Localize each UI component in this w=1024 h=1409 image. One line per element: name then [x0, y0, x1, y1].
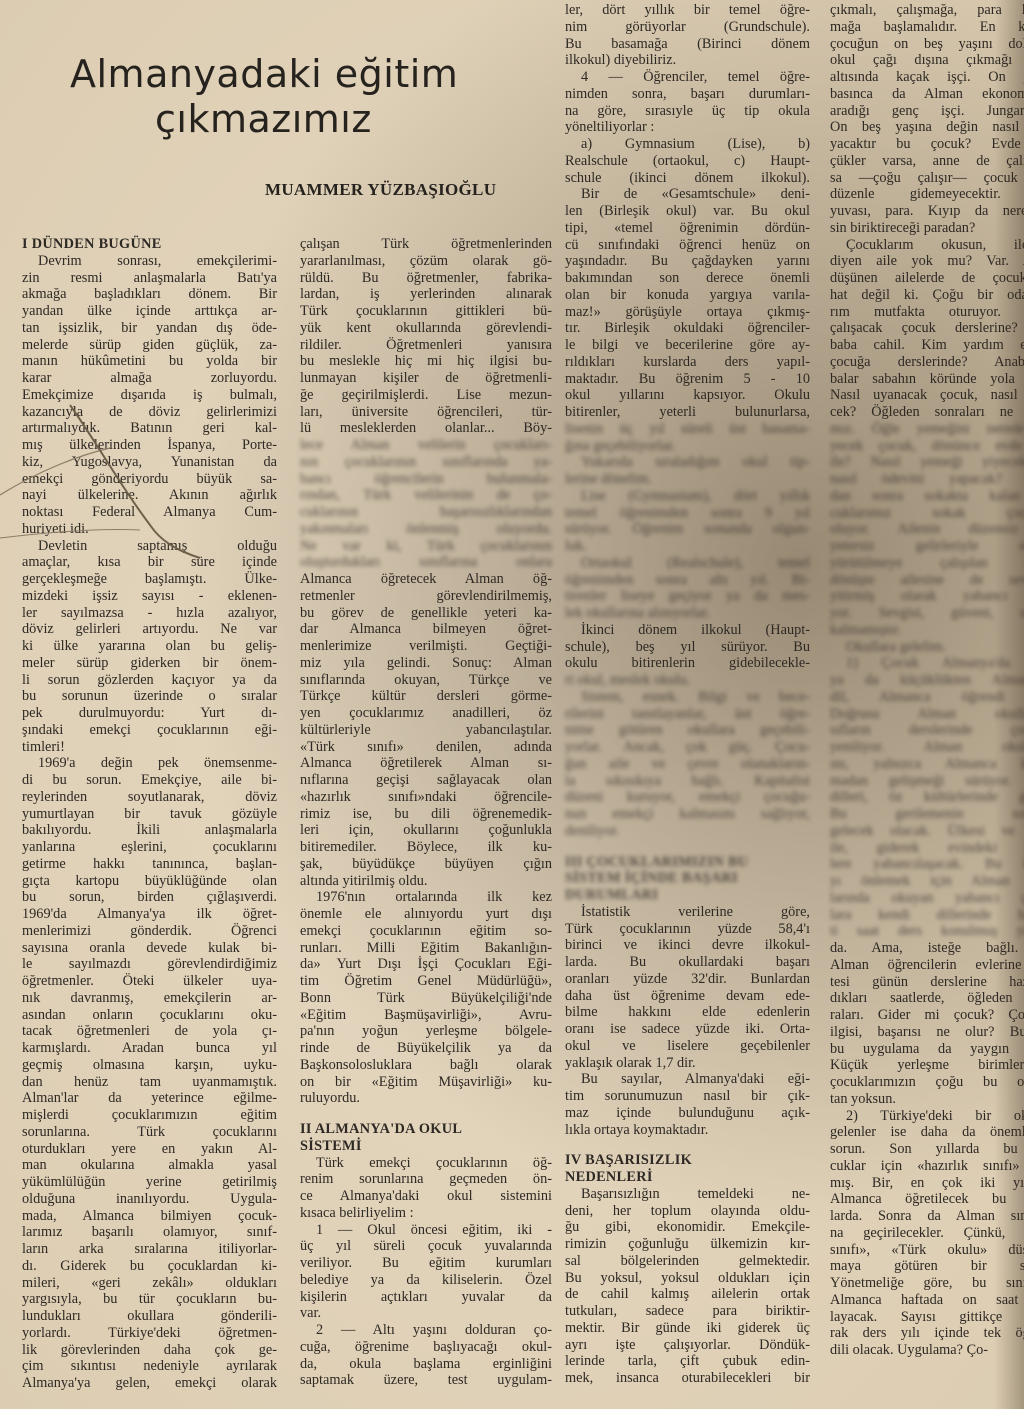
text-line: yük kent okullarında görevlendi- — [300, 320, 552, 337]
text-line: rinde de Büyükelçilik ya da — [300, 1040, 552, 1057]
section-heading: SİSTEM İÇİNDE BAŞARI — [565, 870, 810, 887]
text-line: okulu bitirenlerin gidebilecekle- — [565, 655, 810, 672]
text-line: miz yıla gelindi. Sonuç: Alman — [300, 655, 552, 672]
text-line: asından onların çocuklarını oku- — [22, 1007, 277, 1024]
text-line: yöneltiliyorlar : — [565, 119, 810, 136]
text-line: ilkokul) diyebiliriz. — [565, 52, 810, 69]
text-line: ğu gibi, ekonomidir. Emekçile- — [565, 1219, 810, 1236]
section-heading: I DÜNDEN BUGÜNE — [22, 236, 277, 253]
text-line: lundukları okullara gönderili- — [22, 1308, 277, 1325]
text-line: birinci ve ikinci devre ilkokul- — [565, 937, 810, 954]
text-line: kültürleriyle yabancılaştılar. — [300, 722, 552, 739]
text-column-1: I DÜNDEN BUGÜNEDevrim sonrası, emekçiler… — [22, 236, 277, 1392]
text-line: bilme hakkını elde edenlerin — [565, 1004, 810, 1021]
text-line: schule), beş yıl sürüyor. Bu — [565, 639, 810, 656]
text-column-2: çalışan Türk öğretmenlerindenyararlanılm… — [300, 236, 552, 1389]
section-gap — [300, 1107, 552, 1121]
text-line: karmışlardı. Aradan bunca yıl — [22, 1040, 277, 1057]
text-line: tipi, «temel öğrenimin dördün- — [565, 220, 810, 237]
text-line: 1 — Okul öncesi eğitim, iki - — [300, 1222, 552, 1239]
text-line: meler sürüp giderken bir önem- — [22, 655, 277, 672]
text-line: renim sorunlarına geçmeden ön- — [300, 1171, 552, 1188]
text-line: 4 — Öğrenciler, temel öğre- — [565, 69, 810, 86]
text-line: Türk çocuklarının yüzde 58,4'ı — [565, 921, 810, 938]
text-line: ları, üniversite öğrencileri, tür- — [300, 404, 552, 421]
text-line: ler, dört yıllık bir temel öğre- — [565, 2, 810, 19]
text-line: yargısıyla, bu tür çocukların bu- — [22, 1291, 277, 1308]
text-line: tim sorunumuzun nasıl bir çık- — [565, 1088, 810, 1105]
text-line: yandan ülke içinde arttıkça ar- — [22, 303, 277, 320]
text-line: noktası Federal Almanya Cum- — [22, 504, 277, 521]
text-line: çalışan Türk öğretmenlerinden — [300, 236, 552, 253]
text-line: Emekçimize dışarıda iş bulmalı, — [22, 387, 277, 404]
text-line: ğe geçirilmişlerdi. Lise mezun- — [300, 387, 552, 404]
text-line: retmenler görevlendirilmemiş, — [300, 588, 552, 605]
text-line: on bir «Eğitim Müşavirliği» ku- — [300, 1074, 552, 1091]
text-line: emekçi çocuklarının eğitim so- — [300, 923, 552, 940]
text-line: le bilgi ve becerilerine göre ay- — [565, 337, 810, 354]
text-line: deni, her toplum olayında oldu- — [565, 1203, 810, 1220]
text-line: nık davranmış, emekçilerin ar- — [22, 990, 277, 1007]
text-line: kısaca belirliyelim : — [300, 1205, 552, 1222]
text-line: okul yıllarını kapsıyor. Okulu — [565, 387, 810, 404]
section-heading: IV BAŞARISIZLIK — [565, 1152, 810, 1169]
text-line: rilerini tanıtlayanlar, üst öğre- — [565, 706, 810, 723]
text-line: amaçlar, kısa bir süre içinde — [22, 554, 277, 571]
text-line: yorlardı. Türkiye'deki öğretmen- — [22, 1325, 277, 1342]
text-line: artırmalıydık. Batının geri kal- — [22, 420, 277, 437]
text-line: rüldü. Bu öğretmenler, fabrika- — [300, 270, 552, 287]
text-line: ğun aile ve çevre olanakların- — [565, 756, 810, 773]
text-line: len (Birleşik okul) var. Bu okul — [565, 203, 810, 220]
text-line: Alman'lar da yeterince eğilme- — [22, 1090, 277, 1107]
section-heading: NEDENLERİ — [565, 1169, 810, 1186]
text-line: mada, Almanca bilmiyen çocuk- — [22, 1208, 277, 1225]
text-line: mişlerdi çocuklarımızın eğitim — [22, 1107, 277, 1124]
text-line: «Türk sınıfı» denilen, adında — [300, 739, 552, 756]
text-line: ki ülke yararına olan bu geliş- — [22, 638, 277, 655]
text-line: gerçekleşmeğe başlamıştı. Ülke- — [22, 571, 277, 588]
text-line: lisenin üç yıl süreli üst basama- — [565, 421, 810, 438]
text-line: Bu sayılar, Almanya'daki eği- — [565, 1071, 810, 1088]
text-line: Türkçe kültür dersleri görme- — [300, 688, 552, 705]
text-line: 2 — Altı yaşını dolduran ço- — [300, 1322, 552, 1339]
text-line: yumurtlayan bir tavuk gözüyle — [22, 806, 277, 823]
text-line: lece Alman velilerin çocukları- — [300, 437, 552, 454]
text-line: Bu basamağa (Birinci dönem — [565, 36, 810, 53]
text-line: rından, Türk velilerinin de ço- — [300, 487, 552, 504]
text-line: cuğa, öğrenime başlıyacağı okul- — [300, 1339, 552, 1356]
text-line: «hazırlık sınıfı»ndaki öğrencile- — [300, 789, 552, 806]
text-line: kazancıyla de döviz gelirlerimizi — [22, 404, 277, 421]
text-line: Başkonsolosluklara bağlı olarak — [300, 1057, 552, 1074]
text-line: temel öğrenimden sonra 9 yıl — [565, 505, 810, 522]
text-line: ri okul, meslek okulu. — [565, 672, 810, 689]
text-line: kişilerin açtıkları yuvalar da — [300, 1289, 552, 1306]
text-line: oluşturdukları sınıflarına onlara — [300, 554, 552, 571]
text-line: Almanya'ya gelen, emekçi olarak — [22, 1375, 277, 1392]
text-line: larımız başarılı olamıyor, sınıf- — [22, 1224, 277, 1241]
text-line: pa'nın yoğun yerleşme bölgele- — [300, 1023, 552, 1040]
text-line: da, okula başlama erginliğini — [300, 1356, 552, 1373]
text-line: gıçta kartopu büyüklüğünde olan — [22, 873, 277, 890]
text-line: veriliyor. Bu eğitim kurumları — [300, 1255, 552, 1272]
text-line: lü mesleklerden olanlar... Böy- — [300, 420, 552, 437]
text-line: Başarısızlığın temeldeki ne- — [565, 1186, 810, 1203]
text-line: rimizin çoğunluğu ülkemizin kır- — [565, 1236, 810, 1253]
text-line: Ortaokul (Realschule), temel — [565, 555, 810, 572]
text-line: timleri! — [22, 739, 277, 756]
text-line: lek okullarına alınıyorlar. — [565, 605, 810, 622]
text-line: emekçi gönderiyordu büyük sa- — [22, 471, 277, 488]
text-line: Sistem, esnek. Bilgi ve bece- — [565, 689, 810, 706]
page-edge-shadow — [994, 0, 1024, 1409]
text-line: öğretmenler. Öteki ülkeler uya- — [22, 973, 277, 990]
text-line: «Eğitim Başmüşavirliği», Avru- — [300, 1007, 552, 1024]
text-line: rimiz ise, bu dili öğrenemedik- — [300, 806, 552, 823]
text-line: bakımından son derece önemli — [565, 270, 810, 287]
text-line: Devrim sonrası, emekçilerimi- — [22, 253, 277, 270]
text-line: maktadır. Bu öğrenim 5 - 10 — [565, 371, 810, 388]
text-line: olduğuna inanılıyordu. Uygula- — [22, 1191, 277, 1208]
text-line: yararlanılması, çözüm olarak gö- — [300, 253, 552, 270]
text-line: nime götüren okullara geçebili- — [565, 722, 810, 739]
text-line: luk. — [565, 538, 810, 555]
text-line: tim Öğretim Genel Müdürlüğü», — [300, 973, 552, 990]
text-line: lunmayan kişiler de öğretmenli- — [300, 370, 552, 387]
text-line: bu görev de genellikle yeteri ka- — [300, 605, 552, 622]
text-line: oranları yüzde 32'dir. Bunlardan — [565, 971, 810, 988]
text-line: pek durulmuyordu: Yurt dı- — [22, 705, 277, 722]
section-gap — [565, 840, 810, 854]
section-heading: DURUMLARI — [565, 887, 810, 904]
text-line: de cahil kalmış ailelerin ortak — [565, 1286, 810, 1303]
text-line: man okularına almakla yasal — [22, 1157, 277, 1174]
text-line: menlerimizi gönderdik. Öğrenci — [22, 923, 277, 940]
article-title-line-1: Almanyadaki eğitim — [70, 55, 458, 93]
article-author: MUAMMER YÜZBAŞIOĞLU — [265, 180, 496, 200]
text-line: Ne var ki, Türk çocuklarının — [300, 538, 552, 555]
text-line: Yukarıda sıraladığım okul tip- — [565, 454, 810, 471]
text-line: reylerinden soyutlanarak, döviz — [22, 789, 277, 806]
text-line: akmağa başladıkları dönem. Bir — [22, 286, 277, 303]
text-line: Almanca öğretecek Alman öğ- — [300, 571, 552, 588]
text-line: 1969'a değin pek önemsenme- — [22, 755, 277, 772]
text-line: bancı öğrencilerin bulunmala- — [300, 471, 552, 488]
text-line: 1976'nın ortalarında ilk kez — [300, 889, 552, 906]
text-line: nimden sonra, başarı durumları- — [565, 86, 810, 103]
text-line: tutkuları, sadece para biriktir- — [565, 1303, 810, 1320]
text-line: İkinci dönem ilkokul (Haupt- — [565, 622, 810, 639]
text-line: belediye ya da kiliselerin. Özel — [300, 1272, 552, 1289]
text-line: daha üst öğrenime devam ede- — [565, 988, 810, 1005]
section-heading: II ALMANYA'DA OKUL — [300, 1121, 552, 1138]
text-line: leri için, okullarını çoğunlukla — [300, 822, 552, 839]
text-line: Türk emekçi çocuklarının öğ- — [300, 1155, 552, 1172]
text-line: ğına geçebiliyorlar. — [565, 438, 810, 455]
text-line: olan bir konuda yargıya varıla- — [565, 287, 810, 304]
text-line: okul ve liselere geçebilenler — [565, 1038, 810, 1055]
text-line: larda. Bu okullardaki başarı — [565, 954, 810, 971]
text-line: nim görüyorlar (Grundschule). — [565, 19, 810, 36]
text-line: Almanca öğretilerek Alman sı- — [300, 755, 552, 772]
text-line: a) Gymnasium (Lise), b) — [565, 136, 810, 153]
text-line: sınıflarında okuyan, Türkçe ve — [300, 672, 552, 689]
text-line: lerine dönelim. — [565, 471, 810, 488]
text-line: tır. Birleşik okuldaki öğrenciler- — [565, 320, 810, 337]
text-line: la sıkısıkıya bağlı. Kapitalist — [565, 773, 810, 790]
text-line: mış ülkelerinden İspanya, Porte- — [22, 437, 277, 454]
section-heading: III ÇOCUKLARIMIZIN BU — [565, 854, 810, 871]
text-line: bu sorunun üzerinde o sıralar — [22, 688, 277, 705]
text-line: Türk çocuklarının gittikleri bü- — [300, 303, 552, 320]
text-line: mektir. Bir günde iki giderek üç — [565, 1320, 810, 1337]
text-line: maz!» görüşüyle ortaya çıkmış- — [565, 304, 810, 321]
text-line: cü sınıfındaki öğrenci henüz on — [565, 237, 810, 254]
text-line: öğrenimden sonra altı yıl. Bi- — [565, 572, 810, 589]
text-line: ayrı işte çalışıyorlar. Döndük- — [565, 1337, 810, 1354]
text-line: nun emekçi kalmasını sağlıyor, — [565, 806, 810, 823]
text-line: mizdeki işsiz sayısı - eklenen- — [22, 588, 277, 605]
text-column-3: ler, dört yıllık bir temel öğre-nim görü… — [565, 2, 810, 1387]
text-line: rıldıkları kurslarda ders yapıl- — [565, 354, 810, 371]
text-line: dar Almanca bilmeyen öğret- — [300, 621, 552, 638]
text-line: Bu yoksul, yoksul oldukları için — [565, 1270, 810, 1287]
text-line: sürüyor. Öğrenim sonunda olgun- — [565, 521, 810, 538]
text-line: Realschule (ortaokul, c) Haupt- — [565, 153, 810, 170]
text-line: bu meslekle hiç mi hiç ilgisi bu- — [300, 353, 552, 370]
text-line: ların arka sıralarına itiliyorlar- — [22, 1241, 277, 1258]
text-line: sorunlarına. Türk çocuklarını — [22, 1124, 277, 1141]
text-line: nayi ülkelerine. Akının ağırlık — [22, 487, 277, 504]
text-line: menlerimize verilmişti. Geçtiği- — [300, 638, 552, 655]
text-line: yanlarına eşlerini, çocuklarını — [22, 839, 277, 856]
text-line: şındaki emekçi çocuklarının eği- — [22, 722, 277, 739]
text-line: dı. Giderek bu çocuklardan ki- — [22, 1258, 277, 1275]
text-line: yaşındadır. Bu çağdayken yarını — [565, 253, 810, 270]
text-line: ler sayılmazsa - hızla azalıyor, — [22, 605, 277, 622]
text-line: na göre, sırasıyle üç tip okula — [565, 103, 810, 120]
text-line: bitiremediler. Böylece, ilk ku- — [300, 839, 552, 856]
text-line: cuklarının başarısızlıklarından — [300, 504, 552, 521]
text-line: lik görevlerinden daha çok ge- — [22, 1342, 277, 1359]
text-line: schule (ikinci dönem ilkokul). — [565, 170, 810, 187]
text-line: Devletin saptamış olduğu — [22, 538, 277, 555]
text-line: sal bölgelerinden gelmektedir. — [565, 1253, 810, 1270]
text-line: saptamak üzere, test uygulam- — [300, 1372, 552, 1389]
text-line: üç yıl süreli çocuk yuvalarında — [300, 1238, 552, 1255]
text-line: şak, büyüdükçe büyüyen çığın — [300, 856, 552, 873]
text-line: nın çocuklarının sınıflarında ya- — [300, 454, 552, 471]
text-line: kiz, Yugoslavya, Yunanistan da — [22, 454, 277, 471]
text-line: Bonn Türk Büyükelçiliği'nde — [300, 990, 552, 1007]
text-line: lerinde tarla, çift çubuk edin- — [565, 1353, 810, 1370]
section-heading: SİSTEMİ — [300, 1138, 552, 1155]
text-line: bitirenler, yeterli bulunurlarsa, — [565, 404, 810, 421]
text-line: oranı ise sadece yüzde iki. Orta- — [565, 1021, 810, 1038]
text-line: önemle ele alınıyordu yurt dışı — [300, 906, 552, 923]
text-line: 1969'da Almanya'ya ilk öğret- — [22, 906, 277, 923]
text-line: düzeni kuruyor, emekçi çocuğu- — [565, 789, 810, 806]
article-title-line-2: çıkmazımız — [155, 100, 372, 138]
text-line: nıflarına geçişi sağlayacak olan — [300, 772, 552, 789]
text-line: oturdukları yere en yakın Al- — [22, 1141, 277, 1158]
text-line: zin resmi anlaşmalarla Batı'ya — [22, 270, 277, 287]
text-line: le sayılmazdı görevlendirdiğimiz — [22, 956, 277, 973]
text-line: runları. Milli Eğitim Bakanlığın- — [300, 940, 552, 957]
text-line: karar almağa zorluyordu. — [22, 370, 277, 387]
text-line: geçmiş olmasına karşın, uyku- — [22, 1057, 277, 1074]
section-gap — [565, 1138, 810, 1152]
text-line: da» Yurt Dışı İşçi Çocukları Eği- — [300, 956, 552, 973]
text-line: mileri, «geri zekâlı» oldukları — [22, 1275, 277, 1292]
text-line: huriyeti idi. — [22, 521, 277, 538]
text-line: yükümlülüğün yerine getirilmiş — [22, 1174, 277, 1191]
text-line: deniliyor. — [565, 823, 810, 840]
text-line: Bir de «Gesamtschule» deni- — [565, 186, 810, 203]
text-line: Lise (Gymnasium), dört yıllık — [565, 488, 810, 505]
text-line: tacak öğretmenleri de yola çı- — [22, 1023, 277, 1040]
text-line: yen çocuklarımız anadilleri, öz — [300, 705, 552, 722]
text-line: lardan, iş yerlerinden alınarak — [300, 286, 552, 303]
text-line: melerde sürüp giden güçlük, za- — [22, 337, 277, 354]
text-line: döviz gelirleri artıyordu. Ne var — [22, 621, 277, 638]
text-line: maz içinde bulunduğunu açık- — [565, 1105, 810, 1122]
text-line: bakılıyordu. İkili anlaşmalarla — [22, 822, 277, 839]
text-line: altında yitirilmiş oldu. — [300, 873, 552, 890]
text-line: tirenler liseye geçiyor ya da mes- — [565, 588, 810, 605]
text-line: dan henüz tam uyanmamıştık. — [22, 1074, 277, 1091]
text-line: sayısına oranla devede kulak bi- — [22, 940, 277, 957]
text-line: di bu sorun. Emekçiye, aile bi- — [22, 772, 277, 789]
text-line: bu sorun, birden çığlaşıverdi. — [22, 889, 277, 906]
text-line: mek, insanca oturabilecekleri bir — [565, 1370, 810, 1387]
text-line: lıkla ortaya koymaktadır. — [565, 1122, 810, 1139]
text-line: çim sıkıntısı nedeniyle ayrılarak — [22, 1358, 277, 1375]
text-line: li sorun gözlerden kaçıyor ya da — [22, 672, 277, 689]
text-line: yorlar. Ancak, çok güç. Çocu- — [565, 739, 810, 756]
text-line: ce Almanya'daki okul sistemini — [300, 1188, 552, 1205]
text-line: manın hükûmetini bu yolda bir — [22, 353, 277, 370]
text-line: ruluyordu. — [300, 1090, 552, 1107]
text-line: İstatistik verilerine göre, — [565, 904, 810, 921]
text-line: yaklaşık olarak 1,7 dir. — [565, 1055, 810, 1072]
text-line: tan işsizlik, bir yandan dış öde- — [22, 320, 277, 337]
text-line: var. — [300, 1305, 552, 1322]
text-line: rildiler. Öğretmenleri yanısıra — [300, 337, 552, 354]
text-line: yakınmaları önlenmiş oluyordu. — [300, 521, 552, 538]
text-line: getirme hakkı tanınınca, başlan- — [22, 856, 277, 873]
